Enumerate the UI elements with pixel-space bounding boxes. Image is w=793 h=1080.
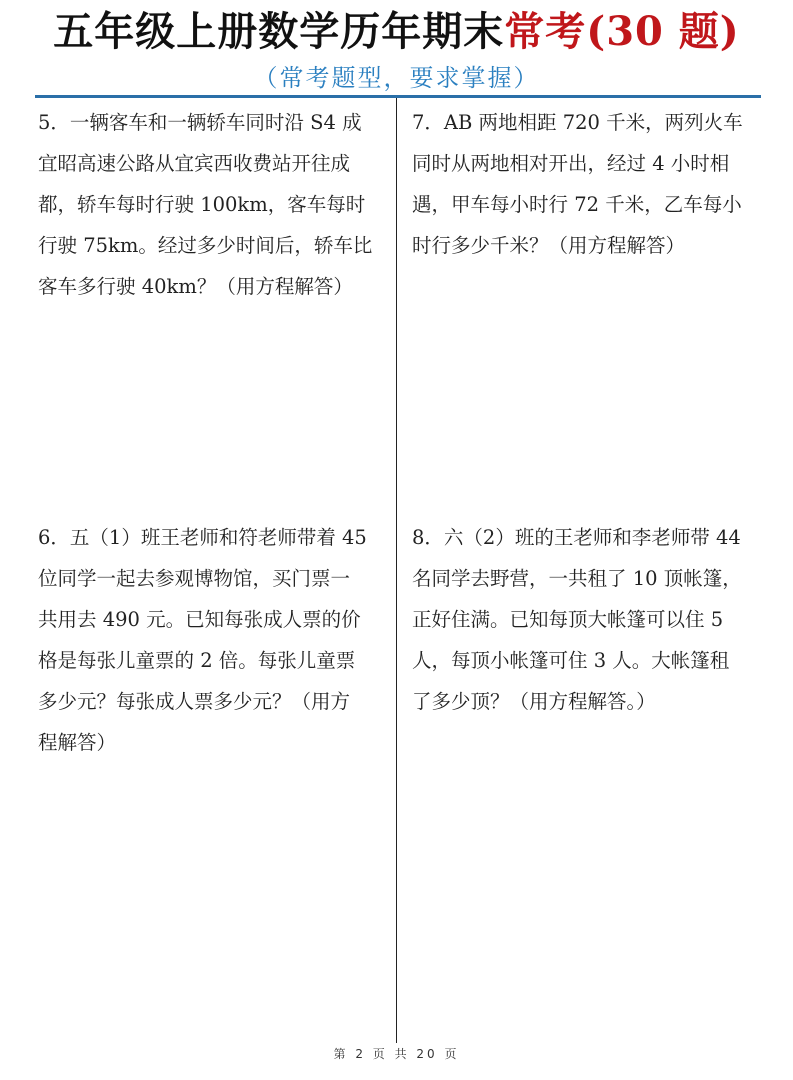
question-8: 8．六（2）班的王老师和李老师带 44 名同学去野营，一共租了 10 顶帐篷， …: [412, 517, 742, 722]
question-line: 宜昭高速公路从宜宾西收费站开往成: [38, 143, 372, 184]
question-line: 共用去 490 元。已知每张成人票的价: [38, 599, 367, 640]
question-line: 5．一辆客车和一辆轿车同时沿 S4 成: [38, 102, 372, 143]
header-rule: [35, 95, 761, 98]
question-line: 格是每张儿童票的 2 倍。每张儿童票: [38, 640, 367, 681]
question-line: 7．AB 两地相距 720 千米，两列火车: [412, 102, 743, 143]
title-highlight: 常考(30 题): [504, 8, 739, 55]
question-line: 人，每顶小帐篷可住 3 人。大帐篷租: [412, 640, 742, 681]
question-6: 6．五（1）班王老师和符老师带着 45 位同学一起去参观博物馆，买门票一 共用去…: [38, 517, 367, 763]
page-title: 五年级上册数学历年期末常考(30 题): [0, 4, 793, 60]
question-line: 遇，甲车每小时行 72 千米，乙车每小: [412, 184, 743, 225]
question-line: 行驶 75km。经过多少时间后，轿车比: [38, 225, 372, 266]
question-line: 都，轿车每时行驶 100km，客车每时: [38, 184, 372, 225]
page-number: 第 2 页 共 20 页: [0, 1045, 793, 1062]
question-line: 正好住满。已知每顶大帐篷可以住 5: [412, 599, 742, 640]
question-line: 8．六（2）班的王老师和李老师带 44: [412, 517, 742, 558]
question-line: 了多少顶？（用方程解答。）: [412, 681, 742, 722]
question-line: 名同学去野营，一共租了 10 顶帐篷，: [412, 558, 742, 599]
question-line: 程解答）: [38, 722, 367, 763]
column-divider: [396, 98, 397, 1043]
question-5: 5．一辆客车和一辆轿车同时沿 S4 成 宜昭高速公路从宜宾西收费站开往成 都，轿…: [38, 102, 372, 307]
question-line: 位同学一起去参观博物馆，买门票一: [38, 558, 367, 599]
question-line: 同时从两地相对开出，经过 4 小时相: [412, 143, 743, 184]
title-main: 五年级上册数学历年期末: [53, 8, 504, 55]
question-line: 客车多行驶 40km？（用方程解答）: [38, 266, 372, 307]
question-line: 时行多少千米？（用方程解答）: [412, 225, 743, 266]
question-7: 7．AB 两地相距 720 千米，两列火车 同时从两地相对开出，经过 4 小时相…: [412, 102, 743, 266]
question-line: 6．五（1）班王老师和符老师带着 45: [38, 517, 367, 558]
page-subtitle: （常考题型，要求掌握）: [0, 60, 793, 96]
question-line: 多少元？每张成人票多少元？（用方: [38, 681, 367, 722]
